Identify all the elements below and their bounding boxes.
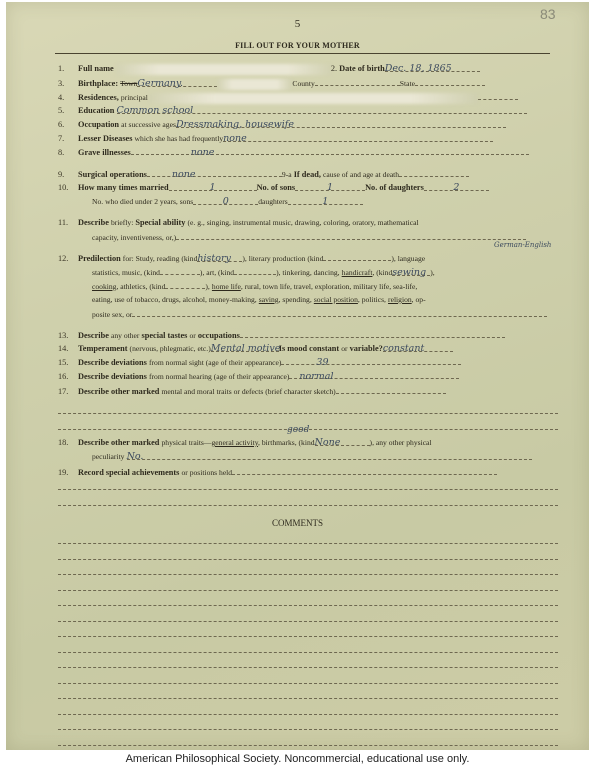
item-number: 2. <box>331 64 337 73</box>
row-temperament: 14.Temperament (nervous, phlegmatic, etc… <box>58 343 558 355</box>
item-number: 9. <box>58 169 78 181</box>
item-number: 14. <box>58 343 78 355</box>
comment-line[interactable] <box>58 745 558 746</box>
label-lesser-diseases: Lesser Diseases <box>78 134 132 143</box>
value-surgical-operations[interactable]: none <box>147 169 282 177</box>
value-athletics-kind[interactable] <box>165 280 205 289</box>
item-number: 12. <box>58 253 78 265</box>
value-mood[interactable]: constant <box>383 343 453 352</box>
item-number: 6. <box>58 119 78 131</box>
row-marriages-children: 10.How many times married1No. of sons1No… <box>58 182 558 194</box>
text: any other <box>111 331 139 340</box>
item-number: 8. <box>58 147 78 159</box>
label-education: Education <box>78 106 114 115</box>
text: ), <box>430 268 434 277</box>
label-surgical-operations: Surgical operations <box>78 170 147 179</box>
label-describe: Describe <box>78 218 109 227</box>
value-occupation[interactable]: Dressmaking, housewife <box>176 119 506 128</box>
row-mental-traits: 17.Describe other marked mental and mora… <box>58 385 558 397</box>
label-peculiarity: peculiarity <box>92 452 124 461</box>
row-education: 5.Education Common school <box>58 105 558 117</box>
footer-credit: American Philosophical Society. Noncomme… <box>0 753 595 765</box>
label-mood-constant: Is mood constant <box>279 344 339 353</box>
page-number: 5 <box>0 18 595 30</box>
row-achievements: 19.Record special achievements or positi… <box>58 466 558 478</box>
row-peculiarity: peculiarity No. <box>92 451 592 463</box>
comment-line[interactable] <box>58 621 558 622</box>
item-number: 17. <box>58 386 78 398</box>
item-number: 18. <box>58 437 78 449</box>
comment-line[interactable] <box>58 698 558 699</box>
value-date-of-birth[interactable]: Dec. 18, 1865 <box>385 63 480 72</box>
heading-rule <box>55 53 550 54</box>
label-special-tastes: special tastes <box>142 331 188 340</box>
text: from normal sight (age of their appearan… <box>149 358 281 367</box>
text: ), language <box>391 254 425 263</box>
row-hearing: 16.Describe deviations from normal heari… <box>58 371 558 383</box>
text-religion-underlined: religion <box>388 295 412 304</box>
label-deviations-sight: Describe deviations <box>78 358 147 367</box>
row-predilection-5: posite sex, or <box>92 308 592 320</box>
answer-line[interactable] <box>58 505 558 506</box>
row-full-name: 1.Full name 2. Date of birthDec. 18, 186… <box>58 63 558 75</box>
value-residences[interactable] <box>478 91 518 100</box>
text: or <box>341 344 347 353</box>
text: mental and moral traits or defects (brie… <box>162 387 336 396</box>
item-number: 7. <box>58 133 78 145</box>
answer-line[interactable] <box>58 413 558 414</box>
label-county: County <box>292 79 314 88</box>
comments-heading: COMMENTS <box>0 518 595 528</box>
label-temperament: Temperament <box>78 344 127 353</box>
row-residences: 4.Residences, principal <box>58 91 558 103</box>
value-special-tastes[interactable] <box>240 329 505 338</box>
label-state: State <box>400 79 415 88</box>
row-lesser-diseases: 7.Lesser Diseases which she has had freq… <box>58 133 558 145</box>
item-number: 10. <box>58 182 78 194</box>
value-lesser-diseases[interactable]: none <box>223 133 493 142</box>
sublabel-lesser-diseases: which she has had frequently <box>135 134 224 143</box>
row-predilection-3: cooking, athletics, (kind), home life, r… <box>92 280 592 292</box>
row-surgical-operations: 9.Surgical operationsnone9-a If dead, ca… <box>58 168 558 180</box>
label-town: Town <box>120 79 137 88</box>
form-heading: FILL OUT FOR YOUR MOTHER <box>0 41 595 50</box>
redacted-birthplace-detail <box>217 79 292 90</box>
label-describe: Describe <box>78 331 109 340</box>
row-predilection-2: statistics, music, (kind), art, (kind), … <box>92 266 592 278</box>
text-home-life-underlined: home life <box>212 282 241 291</box>
text-saving-underlined: saving <box>259 295 279 304</box>
row-grave-illnesses: 8.Grave illnessesnone <box>58 147 558 159</box>
row-sight: 15.Describe deviations from normal sight… <box>58 357 558 369</box>
comment-line[interactable] <box>58 605 558 606</box>
item-number: 9-a <box>282 170 292 179</box>
text: from normal hearing (age of their appear… <box>149 372 289 381</box>
comment-line[interactable] <box>58 652 558 653</box>
value-birthplace[interactable]: Germany. <box>137 78 217 87</box>
value-peculiarity[interactable]: No. <box>127 451 532 460</box>
comment-line[interactable] <box>58 574 558 575</box>
value-literary-kind[interactable] <box>323 252 391 261</box>
text: ), art, (kind <box>200 268 234 277</box>
text: , rural, town life, travel, exploration,… <box>241 282 418 291</box>
label-times-married: How many times married <box>78 183 169 192</box>
text: ), any other physical <box>370 438 432 447</box>
archive-number: 83 <box>540 6 556 22</box>
value-art-kind[interactable] <box>234 266 276 275</box>
comment-line[interactable] <box>58 683 558 684</box>
answer-line[interactable] <box>58 489 558 490</box>
text: , birthmarks, (kind <box>258 438 315 447</box>
text: for: Study, reading (kind <box>123 254 198 263</box>
text-briefly: briefly: <box>111 218 133 227</box>
value-died-sons[interactable]: 0 <box>193 196 258 205</box>
row-died-under-two: No. who died under 2 years, sons0daughte… <box>92 196 592 208</box>
comment-line[interactable] <box>58 729 558 730</box>
value-birthmarks[interactable]: None <box>315 437 370 446</box>
text: or <box>189 331 195 340</box>
label-sons: No. of sons <box>257 183 296 192</box>
item-number: 19. <box>58 467 78 479</box>
item-number: 13. <box>58 330 78 342</box>
value-achievements[interactable] <box>232 466 497 475</box>
comment-line[interactable] <box>58 714 558 715</box>
value-mental-traits[interactable] <box>336 385 446 394</box>
item-number: 16. <box>58 371 78 383</box>
text: , politics, <box>358 295 386 304</box>
value-predilection-other[interactable] <box>132 308 547 317</box>
value-died-daughters[interactable]: 1 <box>288 196 363 205</box>
redacted-full-name <box>116 64 331 75</box>
label-died-under-two: No. who died under 2 years, sons <box>92 197 193 206</box>
row-birthplace: 3.Birthplace: TownGermany.CountyState <box>58 77 558 89</box>
row-occupation: 6.Occupation at successive agesDressmaki… <box>58 119 558 131</box>
text: , (kind <box>372 268 392 277</box>
value-hearing[interactable]: normal <box>289 371 459 379</box>
label-date-of-birth: Date of birth <box>339 64 385 73</box>
comment-line[interactable] <box>58 636 558 637</box>
redacted-residences <box>148 93 478 104</box>
item-number: 15. <box>58 357 78 369</box>
label-grave-illnesses: Grave illnesses <box>78 148 131 157</box>
sublabel-occupation: at successive ages <box>121 120 176 129</box>
row-predilection-1: 12.Predilection for: Study, reading (kin… <box>58 252 558 264</box>
label-special-ability: Special ability <box>135 218 185 227</box>
row-special-ability: 11.Describe briefly: Special ability (e.… <box>58 217 558 229</box>
value-grave-illnesses[interactable]: none <box>131 147 529 155</box>
value-special-ability[interactable] <box>176 231 526 240</box>
text-special-ability-examples: (e. g., singing, instrumental music, dra… <box>188 218 419 227</box>
item-number: 4. <box>58 92 78 104</box>
text-handicraft-underlined: handicraft <box>342 268 373 277</box>
text: posite sex, or <box>92 310 132 319</box>
text: or positions held <box>181 468 232 477</box>
label-died-daughters: daughters <box>258 197 288 206</box>
value-music-kind[interactable] <box>160 266 200 275</box>
label-occupations: occupations <box>198 331 240 340</box>
value-reading-kind[interactable]: history <box>197 253 242 262</box>
comment-line[interactable] <box>58 667 558 668</box>
value-sight[interactable]: 39 <box>281 357 461 365</box>
label-occupation: Occupation <box>78 120 119 129</box>
value-education[interactable]: Common school <box>117 105 527 114</box>
label-full-name: Full name <box>78 64 114 73</box>
text: , spending, <box>279 295 312 304</box>
value-temperament[interactable]: Mental motive <box>211 343 279 352</box>
text: (nervous, phlegmatic, etc.) <box>130 344 211 353</box>
sublabel-principal: principal <box>121 93 148 102</box>
item-number: 11. <box>58 217 78 229</box>
label-describe-other-marked: Describe other marked <box>78 438 159 447</box>
text-cooking-underlined: cooking <box>92 282 116 291</box>
label-describe-other-marked: Describe other marked <box>78 387 159 396</box>
text: ), tinkering, dancing, <box>276 268 339 277</box>
item-number: 1. <box>58 63 78 75</box>
value-county[interactable] <box>315 77 400 86</box>
text: ), <box>205 282 209 291</box>
text: , op- <box>412 295 426 304</box>
value-state[interactable] <box>415 77 485 86</box>
value-times-married[interactable]: 1 <box>169 182 257 191</box>
value-handicraft-kind[interactable]: sewing <box>392 267 430 276</box>
comment-line[interactable] <box>58 543 558 544</box>
label-predilection: Predilection <box>78 254 121 263</box>
text: eating, use of tobacco, drugs, alcohol, … <box>92 295 257 304</box>
text-capacity: capacity, inventiveness, or,) <box>92 233 176 242</box>
text: physical traits— <box>162 438 212 447</box>
value-cause-of-death[interactable] <box>399 168 469 177</box>
comment-line[interactable] <box>58 559 558 560</box>
label-residences: Residences, <box>78 93 119 102</box>
note-language: German-English <box>494 241 551 249</box>
text-general-activity-underlined: general activity <box>211 438 258 447</box>
comment-line[interactable] <box>58 590 558 591</box>
label-variable: variable? <box>350 344 383 353</box>
label-if-dead: If dead, <box>294 170 321 179</box>
value-sons[interactable]: 1 <box>295 182 365 191</box>
label-daughters: No. of daughters <box>365 183 424 192</box>
text: ), literary production (kind <box>242 254 323 263</box>
label-special-achievements: Record special achievements <box>78 468 179 477</box>
text: , athletics, (kind <box>116 282 165 291</box>
label-deviations-hearing: Describe deviations <box>78 372 147 381</box>
value-daughters[interactable]: 2 <box>424 182 489 191</box>
row-predilection-4: eating, use of tobacco, drugs, alcohol, … <box>92 294 592 306</box>
note-general-activity: good <box>287 425 309 435</box>
text: statistics, music, (kind <box>92 268 160 277</box>
text-social-position-underlined: social position <box>314 295 358 304</box>
sublabel-cause-of-death: cause of and age at death <box>323 170 399 179</box>
row-physical-traits: 18.Describe other marked physical traits… <box>58 437 558 449</box>
item-number: 3. <box>58 78 78 90</box>
label-birthplace: Birthplace: <box>78 79 118 88</box>
row-special-tastes: 13.Describe any other special tastes or … <box>58 329 558 341</box>
item-number: 5. <box>58 105 78 117</box>
